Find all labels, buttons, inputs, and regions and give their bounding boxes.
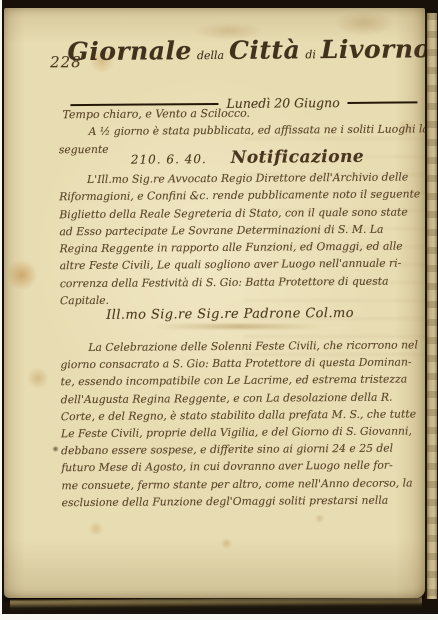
rule-line xyxy=(348,101,418,104)
letter-salutation: Ill.mo Sig.re Sig.re Padrone Col.mo xyxy=(100,306,360,323)
rule-line xyxy=(70,102,218,105)
title-word: Giornale xyxy=(67,36,192,66)
title-word: di xyxy=(305,48,316,61)
weather-note: Tempo chiaro, e Vento a Scilocco. xyxy=(62,107,250,121)
entry-heading-row: 210. 6. 40. Notificazione xyxy=(131,147,364,169)
adjacent-page-edge xyxy=(425,13,437,599)
page-content: 228 Giornale della Città di Livorno Lune… xyxy=(4,8,425,598)
manuscript-line: esclusione della Funzione degl'Omaggi so… xyxy=(61,491,425,511)
manuscript-line: correnza della Festività di S. Gio: Batt… xyxy=(60,272,425,292)
entry-number: 210. 6. 40. xyxy=(131,152,207,167)
title-word: della xyxy=(197,49,224,62)
title-word: Città xyxy=(229,35,300,65)
title-word: Livorno xyxy=(321,34,425,64)
manuscript-line: A ½ giorno è stata pubblicata, ed affiss… xyxy=(59,120,425,140)
letter-paragraph: La Celebrazione delle Solenni Feste Civi… xyxy=(60,336,425,511)
notification-paragraph: L'Ill.mo Sig.re Avvocato Regio Direttore… xyxy=(59,168,425,309)
manuscript-page: 228 Giornale della Città di Livorno Lune… xyxy=(4,8,425,598)
scanned-book-photo: 228 Giornale della Città di Livorno Lune… xyxy=(0,0,438,620)
journal-title: Giornale della Città di Livorno xyxy=(106,35,392,66)
entry-heading: Notificazione xyxy=(231,147,365,168)
